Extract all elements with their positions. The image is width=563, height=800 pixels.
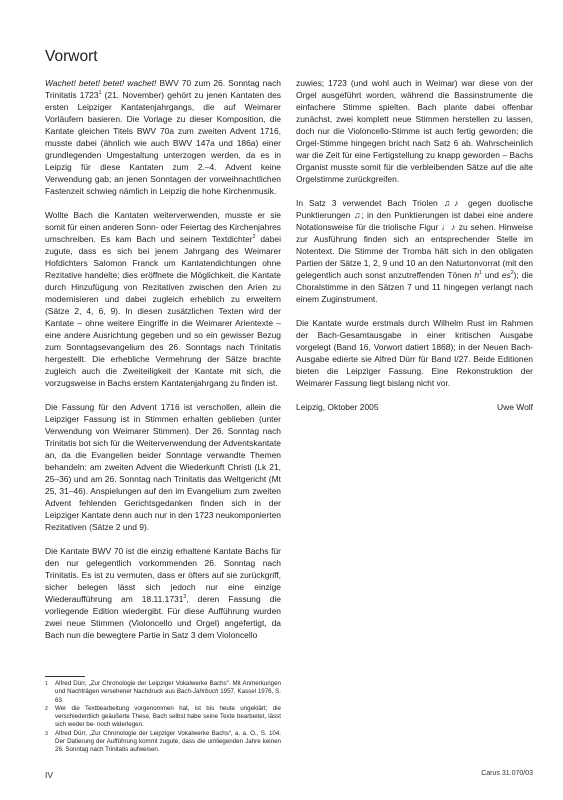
footnote-text: Wer die Textbearbeitung vorgenommen hat,… — [55, 705, 281, 730]
journal-title: Bach-Jahrbuch — [177, 688, 219, 695]
note-name: es — [502, 270, 511, 280]
page-number: IV — [45, 770, 53, 780]
paragraph-intro: Wachet! betet! betet! wachet! BWV 70 zum… — [45, 77, 281, 197]
paragraph-adaptation: Wollte Bach die Kantaten weiterverwenden… — [45, 209, 281, 389]
footnote-3: 3 Alfred Dürr, „Zur Chronologie der Leip… — [45, 730, 281, 755]
paragraph-text: Wollte Bach die Kantaten weiterverwenden… — [45, 210, 281, 244]
catalog-number: Carus 31.070/03 — [481, 770, 533, 777]
paragraph-editions: Die Kantate wurde erstmals durch Wilhelm… — [296, 317, 533, 389]
triolic-figure-icon: ♩♪ — [441, 222, 456, 232]
footnote-text: Alfred Dürr, „Zur Chronologie der Leipzi… — [55, 680, 281, 705]
paragraph-notation: In Satz 3 verwendet Bach Triolen ♫♪ gege… — [296, 197, 533, 305]
footnote-number: 3 — [45, 730, 55, 755]
paragraph-versions: Die Fassung für den Advent 1716 ist vers… — [45, 401, 281, 533]
paragraph-text: und — [482, 270, 502, 280]
footnote-1: 1 Alfred Dürr, „Zur Chronologie der Leip… — [45, 680, 281, 705]
footnotes: 1 Alfred Dürr, „Zur Chronologie der Leip… — [45, 680, 281, 755]
footnote-number: 2 — [45, 705, 55, 730]
paragraph-text: (21. November) gehört zu jenen Kantaten … — [45, 90, 281, 196]
footnote-text: Alfred Dürr, „Zur Chronologie der Leipzi… — [55, 730, 281, 755]
paragraph-revival: Die Kantate BWV 70 ist die einzig erhalt… — [45, 545, 281, 641]
cantata-title: Wachet! betet! betet! wachet! — [45, 78, 156, 88]
footnote-divider — [45, 676, 85, 677]
place-date: Leipzig, Oktober 2005 — [296, 401, 379, 413]
footnote-2: 2 Wer die Textbearbeitung vorgenommen ha… — [45, 705, 281, 730]
triplet-note-icon: ♫♪ — [444, 198, 462, 208]
author: Uwe Wolf — [497, 401, 533, 413]
left-column: Wachet! betet! betet! wachet! BWV 70 zum… — [45, 77, 281, 653]
paragraph-text: In Satz 3 verwendet Bach Triolen — [296, 198, 444, 208]
signature: Leipzig, Oktober 2005 Uwe Wolf — [296, 401, 533, 413]
right-column: zuwies; 1723 (und wohl auch in Weimar) w… — [296, 77, 533, 413]
page-title: Vorwort — [45, 48, 98, 66]
paragraph-continuo: zuwies; 1723 (und wohl auch in Weimar) w… — [296, 77, 533, 185]
paragraph-text: dabei zugute, dass es sich bei jenem Jah… — [45, 234, 281, 388]
footnote-number: 1 — [45, 680, 55, 705]
